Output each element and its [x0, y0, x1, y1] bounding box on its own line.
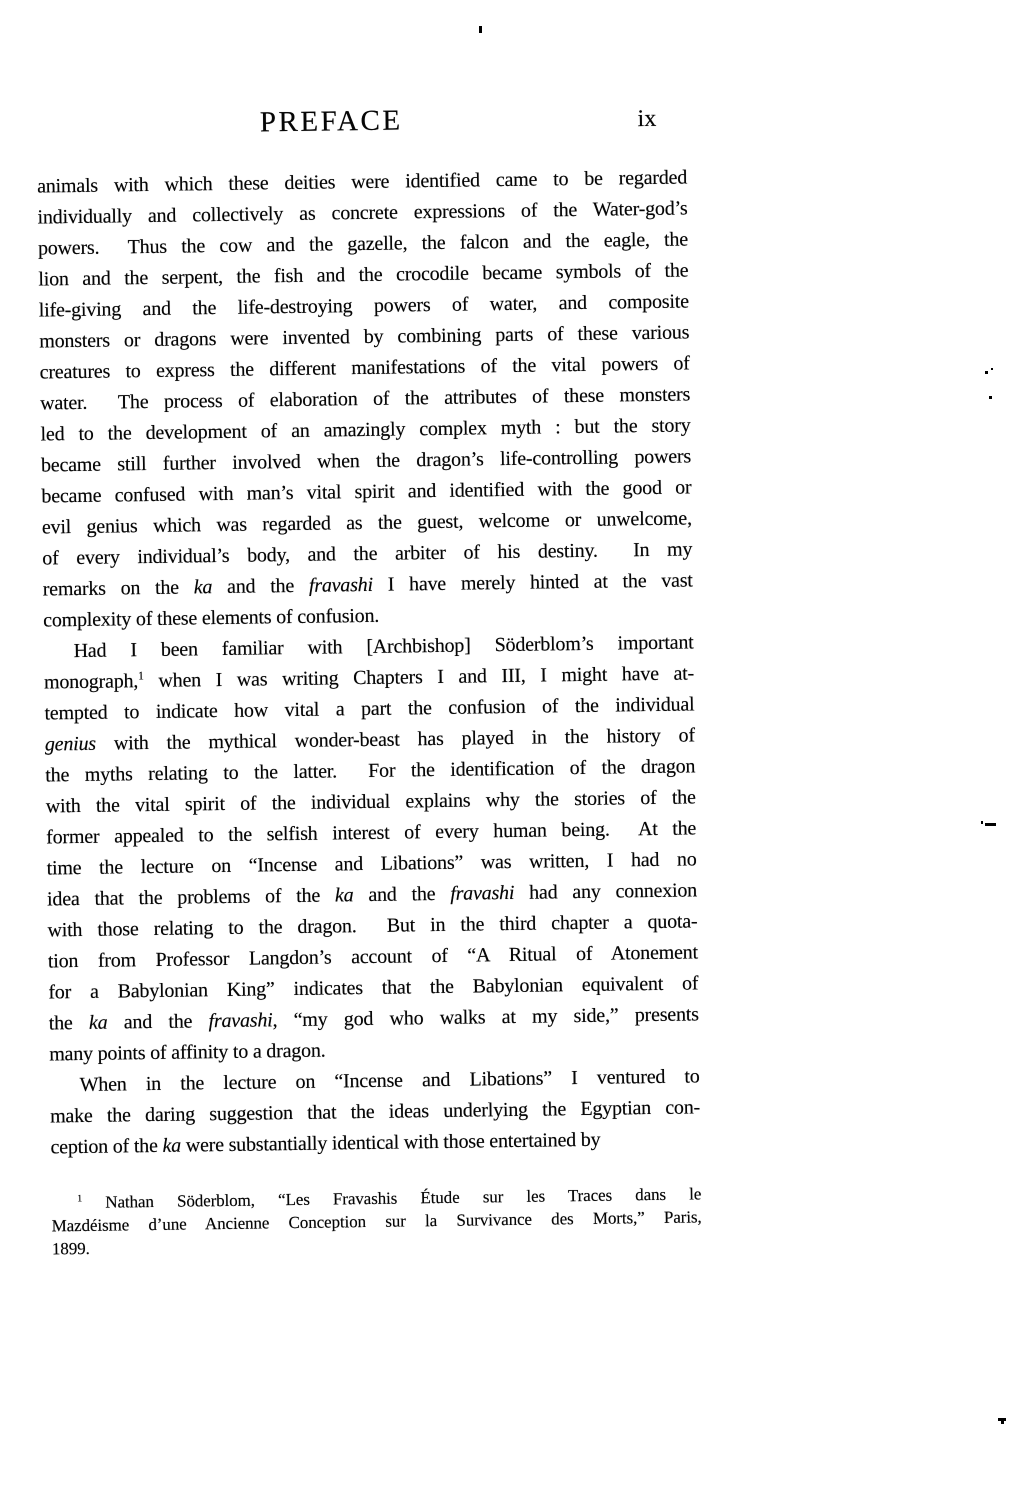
- text-segment: make the daring suggestion that the idea…: [50, 1096, 700, 1127]
- text-segment: life-giving and the life-destroying powe…: [39, 290, 689, 321]
- text-segment: of every individual’s body, and the arbi…: [42, 538, 692, 569]
- text-segment: monograph,: [44, 670, 138, 693]
- scan-speck: [985, 371, 988, 374]
- paragraph: Had I been familiar with [Archbishop] Sö…: [43, 627, 699, 1070]
- text-segment: animals with which these deities were id…: [37, 166, 687, 197]
- text-segment: tempted to indicate how vital a part the…: [44, 693, 694, 724]
- text-segment: evil genius which was regarded as the gu…: [42, 507, 692, 538]
- footnote: 1 Nathan Söderblom, “Les Fravashis Étude…: [51, 1182, 702, 1260]
- text-segment: were substantially identical with those …: [181, 1129, 601, 1157]
- text-segment: individually and collectively as concret…: [37, 197, 687, 228]
- text-segment: the myths relating to the latter. For th…: [45, 755, 695, 786]
- scan-speck: [479, 26, 482, 33]
- text-segment: creatures to express the different manif…: [40, 352, 690, 383]
- body-text: animals with which these deities were id…: [37, 162, 701, 1163]
- scan-speck: [1001, 1418, 1004, 1424]
- text-segment: became confused with man’s vital spirit …: [41, 476, 691, 507]
- paragraph: animals with which these deities were id…: [37, 162, 693, 636]
- scanned-book-page: PREFACE ix animals with which these deit…: [0, 0, 1011, 1505]
- text-segment: for a Babylonian King” indicates that th…: [48, 972, 698, 1003]
- page-number: ix: [637, 104, 656, 134]
- text-segment: former appealed to the selfish interest …: [46, 817, 696, 848]
- scan-speck: [985, 823, 996, 826]
- scan-speck: [991, 368, 993, 370]
- text-segment: complexity of these elements of confusio…: [43, 605, 379, 632]
- text-segment: tion from Professor Langdon’s account of…: [48, 941, 698, 972]
- text-segment: had any connexion: [514, 879, 697, 904]
- text-segment: fravashi: [208, 1009, 272, 1032]
- text-segment: with the mythical wonder-beast has playe…: [96, 724, 695, 754]
- scan-speck: [989, 396, 992, 399]
- text-segment: ka: [335, 884, 354, 906]
- text-segment: lion and the serpent, the fish and the c…: [38, 259, 688, 290]
- text-segment: with those relating to the dragon. But i…: [47, 910, 697, 941]
- text-segment: when I was writing Chapters I and III, I…: [144, 662, 695, 692]
- text-segment: became still further involved when the d…: [41, 445, 691, 476]
- text-segment: powers. Thus the cow and the gazelle, th…: [38, 228, 688, 259]
- text-segment: , “my god who walks at my side,” present…: [272, 1003, 699, 1031]
- page-content: PREFACE ix animals with which these deit…: [36, 99, 702, 1260]
- text-segment: remarks on the: [43, 576, 194, 600]
- text-segment: monsters or dragons were invented by com…: [39, 321, 689, 352]
- text-segment: ception of the: [50, 1135, 162, 1159]
- scan-speck: [981, 821, 983, 824]
- text-segment: the: [49, 1012, 89, 1035]
- text-segment: idea that the problems of the: [47, 884, 335, 910]
- text-segment: and the: [107, 1010, 208, 1033]
- text-segment: and the: [212, 575, 309, 598]
- text-segment: led to the development of an amazingly c…: [40, 414, 690, 445]
- text-segment: with the vital spirit of the individual …: [46, 786, 696, 817]
- page-header: PREFACE ix: [36, 99, 686, 142]
- text-segment: and the: [353, 883, 450, 906]
- text-segment: Had I been familiar with [Archbishop] Sö…: [73, 631, 693, 662]
- text-segment: time the lecture on “Incense and Libatio…: [46, 848, 696, 879]
- text-segment: fravashi: [450, 882, 514, 905]
- text-segment: 1899.: [52, 1239, 90, 1259]
- text-segment: genius: [45, 733, 96, 756]
- text-segment: When in the lecture on “Incense and Liba…: [80, 1065, 700, 1096]
- text-segment: many points of affinity to a dragon.: [49, 1040, 326, 1066]
- text-segment: ka: [89, 1012, 108, 1034]
- text-segment: fravashi: [309, 574, 373, 597]
- text-segment: ka: [194, 576, 213, 598]
- page-title: PREFACE: [36, 100, 626, 142]
- text-segment: ka: [162, 1135, 181, 1157]
- paragraph: When in the lecture on “Incense and Liba…: [49, 1061, 700, 1163]
- text-segment: I have merely hinted at the vast: [373, 569, 693, 595]
- text-segment: water. The process of elaboration of the…: [40, 383, 690, 414]
